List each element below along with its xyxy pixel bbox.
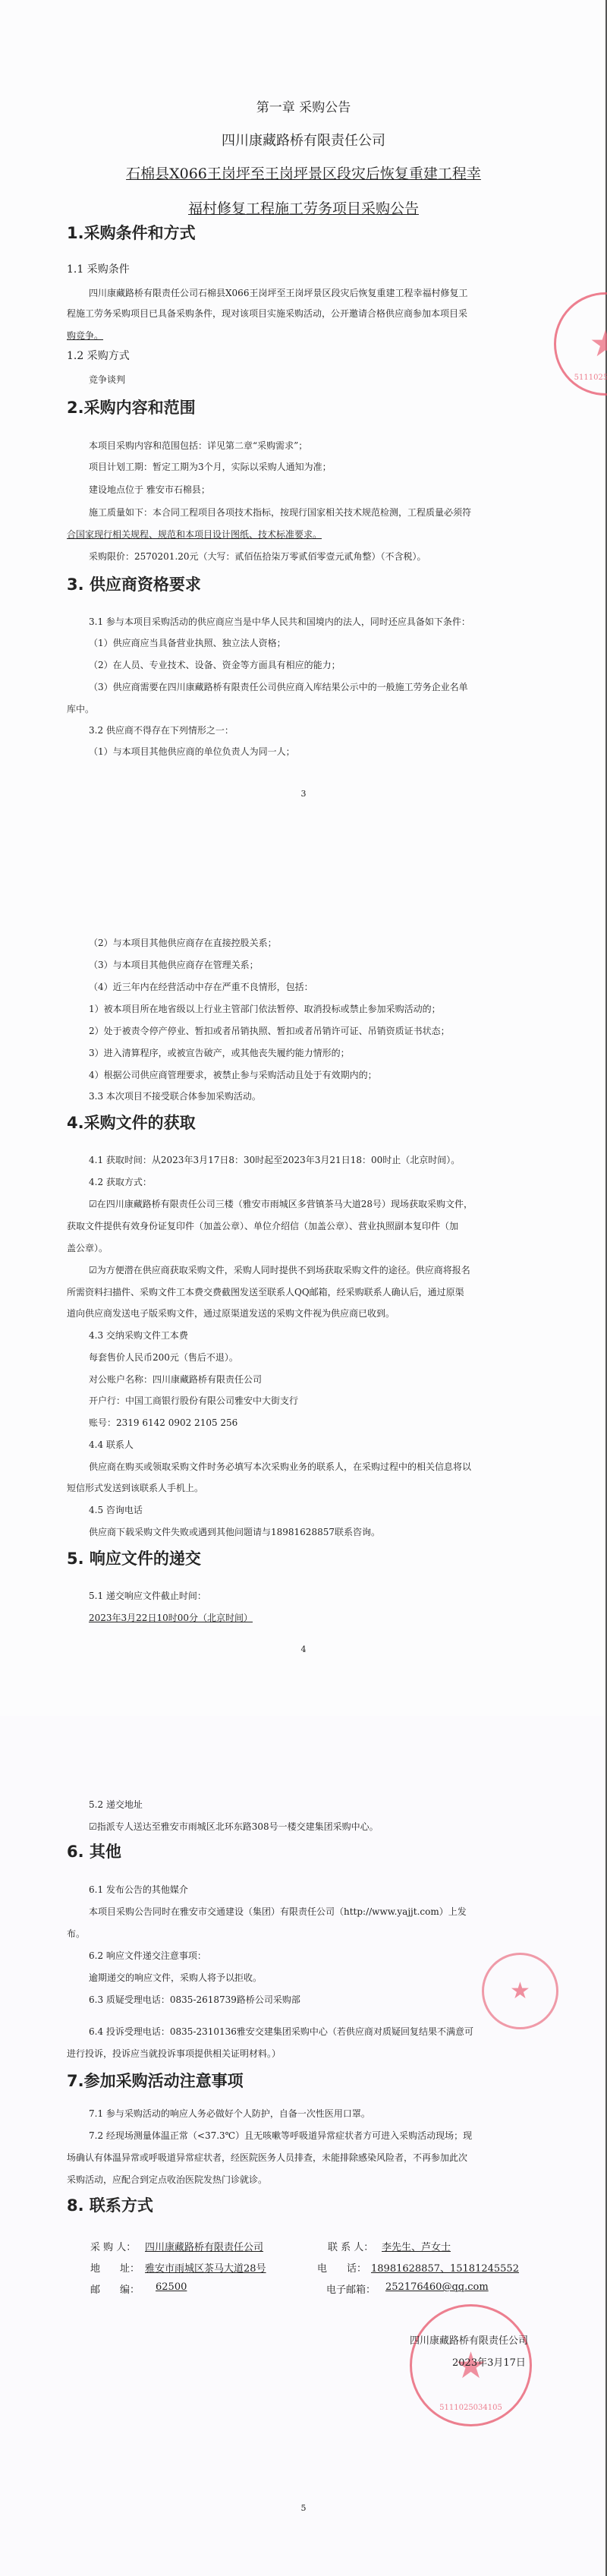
page-4: （2）与本项目其他供应商存在直接控股关系； （3）与本项目其他供应商存在管理关系… <box>0 873 607 1716</box>
section-6-heading: 6. 其他 <box>67 1846 121 1858</box>
list-item: （2）在人员、专业技术、设备、资金等方面具有相应的能力； <box>89 660 341 671</box>
section-3-1: 3.1 参与本项目采购活动的供应商应当是中华人民共和国境内的法人，同时还应具备如… <box>89 616 470 628</box>
procurement-method: 竞争谈判 <box>89 374 125 386</box>
chapter-title: 第一章 采购公告 <box>0 102 607 114</box>
signature-company: 四川康藏路桥有限责任公司 <box>410 2335 528 2347</box>
section-1-heading: 1.采购条件和方式 <box>67 228 196 239</box>
company-seal: ★ 5111025034105 <box>554 292 607 396</box>
contact-value: 李先生、芦女士 <box>382 2239 451 2253</box>
option-onsite: 盖公章）。 <box>67 1243 108 1254</box>
list-item: （2）与本项目其他供应商存在直接控股关系； <box>89 938 277 949</box>
address-value: 雅安市雨城区茶马大道28号 <box>145 2260 266 2275</box>
sub-item: 3）进入清算程序，或被宣告破产，或其他丧失履约能力情形的； <box>89 1048 350 1059</box>
quality-text: 合国家现行相关规程、规范和本项目设计图纸、技术标准要求。 <box>67 529 322 541</box>
page-3: 第一章 采购公告 四川康藏路桥有限责任公司 石棉县X066王岗坪至王岗坪景区段灾… <box>0 0 607 873</box>
option-remote: 所需资料扫描件、采购文件工本费交费截图发送至联系人QQ邮箱，经采购联系人确认后，… <box>67 1287 464 1298</box>
section-1-2-heading: 1.2 采购方式 <box>67 351 130 362</box>
section-4-heading: 4.采购文件的获取 <box>67 1118 196 1129</box>
complaint-phone: 6.4 投诉受理电话：0835-2310136雅安交建集团采购中心（若供应商对质… <box>89 2026 473 2038</box>
section-4-2: 4.2 获取方式： <box>89 1177 152 1188</box>
section-8-heading: 8. 联系方式 <box>67 2200 153 2212</box>
option-remote: 道向供应商发送电子版采购文件，通过原渠道发送的采购文件视为供应商已收到。 <box>67 1308 395 1320</box>
sub-item: 1）被本项目所在地省级以上行业主管部门依法暂停、取消投标或禁止参加采购活动的； <box>89 1004 441 1015</box>
section-7-2: 采购活动，应配合到定点收治医院发热门诊就诊。 <box>67 2174 267 2186</box>
section-6-1: 6.1 发布公告的其他媒介 <box>89 1884 188 1896</box>
list-item: （4）近三年内在经营活动中存在严重不良情形，包括： <box>89 982 313 993</box>
list-item: （1）与本项目其他供应商的单位负责人为同一人； <box>89 746 295 758</box>
scope-text: 本项目采购内容和范围包括：详见第二章“采购需求”； <box>89 440 307 452</box>
media-text: 本项目采购公告同时在雅安市交通建设（集团）有限责任公司（http://www.y… <box>89 1906 467 1918</box>
section-4-4: 4.4 联系人 <box>89 1439 134 1451</box>
star-icon: ★ <box>589 326 607 362</box>
sub-item: 2）处于被责令停产停业、暂扣或者吊销执照、暂扣或者吊销许可证、吊销资质证书状态； <box>89 1026 450 1037</box>
contact-note: 供应商在购买或领取采购文件时务必填写本次采购业务的联系人，在采购过程中的相关信息… <box>89 1461 471 1473</box>
deadline: 2023年3月22日10时00分（北京时间） <box>89 1613 253 1624</box>
section-4-5: 4.5 咨询电话 <box>89 1505 143 1516</box>
document-fee: 每套售价人民币200元（售后不退）。 <box>89 1352 238 1364</box>
contact-note: 短信形式发送到该联系人手机上。 <box>67 1483 203 1494</box>
section-7-2: 7.2 经现场测量体温正常（<37.3℃）且无咳嗽等呼吸道异常症状者方可进入采购… <box>89 2130 472 2142</box>
account-name: 对公账户名称：四川康藏路桥有限责任公司 <box>89 1374 262 1386</box>
section-3-2: 3.2 供应商不得存在下列情形之一： <box>89 725 234 736</box>
page-number: 5 <box>0 2502 607 2514</box>
postcode-label: 邮 编： <box>90 2281 140 2296</box>
company-title: 四川康藏路桥有限责任公司 <box>0 135 607 147</box>
section-6-2: 6.2 响应文件递交注意事项： <box>89 1950 206 1962</box>
late-submission: 逾期递交的响应文件，采购人将予以拒收。 <box>89 1972 262 1984</box>
sub-item: 4）根据公司供应商管理要求，被禁止参与采购活动且处于有效期内的； <box>89 1070 377 1081</box>
option-remote: ☑为方便潜在供应商获取采购文件，采购人同时提供不到场获取采购文件的途径。供应商将… <box>89 1265 470 1276</box>
phone-value: 18981628857、15181245552 <box>371 2260 519 2275</box>
list-item: （1）供应商应当具备营业执照、独立法人资格； <box>89 638 286 649</box>
section-7-2: 场确认有体温异常或呼吸道异常症状者，经医院医务人员排查，未能排除感染风险者，不再… <box>67 2152 467 2164</box>
delivery-address: ☑指派专人送达至雅安市雨城区北环东路308号一楼交建集团采购中心。 <box>89 1821 379 1833</box>
section-7-heading: 7.参加采购活动注意事项 <box>67 2076 244 2087</box>
section-4-1: 4.1 获取时间：从2023年3月17日8：30时起至2023年3月21日18：… <box>89 1155 460 1166</box>
price-limit: 采购限价：2570201.20元（大写：贰佰伍拾柒万零贰佰零壹元贰角整）（不含税… <box>89 551 426 563</box>
option-onsite: ☑在四川康藏路桥有限责任公司三楼（雅安市雨城区多营镇茶马大道28号）现场获取采购… <box>89 1199 473 1210</box>
section-7-1: 7.1 参与采购活动的响应人务必做好个人防护，自备一次性医用口罩。 <box>89 2108 370 2120</box>
option-onsite: 获取文件提供有效身份证复印件（加盖公章）、单位介绍信（加盖公章）、营业执照副本复… <box>67 1221 458 1232</box>
location-text: 建设地点位于 雅安市石棉县； <box>89 484 210 496</box>
section-1-1-heading: 1.1 采购条件 <box>67 264 130 276</box>
section-3-heading: 3. 供应商资格要求 <box>67 579 201 591</box>
account-number: 账号：2319 6142 0902 2105 256 <box>89 1417 237 1429</box>
project-title-line2: 福村修复工程施工劳务项目采购公告 <box>0 203 607 215</box>
section-1-1-text: 程施工劳务采购项目已具备采购条件，现对该项目实施采购活动，公开邀请合格供应商参加… <box>67 308 467 320</box>
purchaser-label: 采 购 人： <box>90 2239 136 2253</box>
section-5-heading: 5. 响应文件的递交 <box>67 1553 201 1565</box>
quality-text: 施工质量如下：本合同工程项目各项技术指标，按现行国家相关技术规范检测，工程质量必… <box>89 507 471 519</box>
media-text: 布。 <box>67 1928 85 1940</box>
complaint-phone: 进行投诉，投诉应当就投诉事项提供相关证明材料。） <box>67 2048 281 2060</box>
section-2-heading: 2.采购内容和范围 <box>67 402 196 414</box>
section-1-1-text: 四川康藏路桥有限责任公司石棉县X066王岗坪至王岗坪景区段灾后恢复重建工程幸福村… <box>89 288 467 299</box>
section-5-2: 5.2 递交地址 <box>89 1799 143 1811</box>
project-title-line1: 石棉县X066王岗坪至王岗坪景区段灾后恢复重建工程幸 <box>0 169 607 180</box>
consult-phone: 供应商下载采购文件失败或遇到其他问题请与18981628857联系咨询。 <box>89 1527 380 1538</box>
list-item-cont: 库中。 <box>67 704 94 715</box>
section-4-3: 4.3 交纳采购文件工本费 <box>89 1330 188 1342</box>
star-icon: ★ <box>510 1973 530 2010</box>
phone-label: 电 话： <box>317 2260 366 2275</box>
section-1-1-text: 购竞争。 <box>67 330 103 342</box>
purchaser-value: 四川康藏路桥有限责任公司 <box>145 2239 263 2253</box>
page-number: 4 <box>0 1644 607 1655</box>
page-number: 3 <box>0 788 607 799</box>
email-value: 252176460@qq.com <box>379 2281 489 2293</box>
list-item: （3）与本项目其他供应商存在管理关系； <box>89 960 259 971</box>
address-label: 地 址： <box>90 2260 140 2275</box>
challenge-phone: 6.3 质疑受理电话：0835-2618739路桥公司采购部 <box>89 1994 300 2006</box>
list-item: （3）供应商需要在四川康藏路桥有限责任公司供应商入库结果公示中的一般施工劳务企业… <box>89 682 468 693</box>
period-text: 项目计划工期：暂定工期为3个月，实际以采购人通知为准； <box>89 462 332 473</box>
signature-date: 2023年3月17日 <box>452 2357 526 2369</box>
email-label: 电子邮箱： <box>326 2281 376 2296</box>
postcode-value: 62500 <box>145 2281 288 2293</box>
company-seal-partial: ★ <box>482 1953 558 2029</box>
page-5: 5.2 递交地址 ☑指派专人送达至雅安市雨城区北环东路308号一楼交建集团采购中… <box>0 1716 607 2576</box>
contact-label: 联 系 人： <box>328 2239 373 2253</box>
section-5-1: 5.1 递交响应文件截止时间： <box>89 1591 206 1602</box>
section-3-3: 3.3 本次项目不接受联合体参加采购活动。 <box>89 1091 261 1102</box>
bank-name: 开户行：中国工商银行股份有限公司雅安中大街支行 <box>89 1395 298 1407</box>
